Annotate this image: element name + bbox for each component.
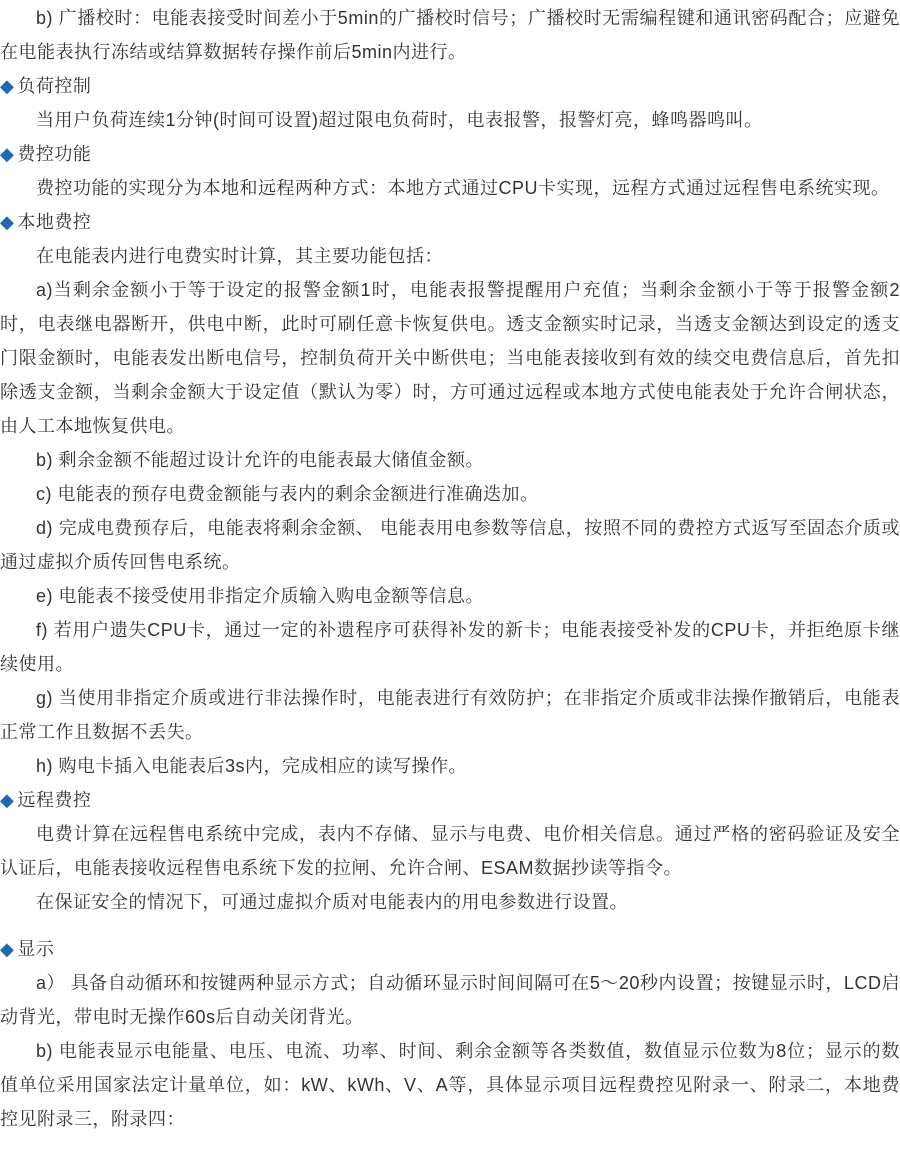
heading-label: 远程费控 <box>17 790 91 810</box>
paragraph: d) 完成电费预存后，电能表将剩余金额、 电能表用电参数等信息，按照不同的费控方… <box>0 511 900 579</box>
paragraph: a)当剩余金额小于等于设定的报警金额1时，电能表报警提醒用户充值；当剩余金额小于… <box>0 273 900 443</box>
paragraph: 电费计算在远程售电系统中完成，表内不存储、显示与电费、电价相关信息。通过严格的密… <box>0 817 900 885</box>
paragraph: b) 广播校时：电能表接受时间差小于5min的广播校时信号；广播校时无需编程键和… <box>0 1 900 69</box>
heading-label: 显示 <box>17 939 54 959</box>
paragraph: h) 购电卡插入电能表后3s内，完成相应的读写操作。 <box>0 749 900 783</box>
paragraph: e) 电能表不接受使用非指定介质输入购电金额等信息。 <box>0 579 900 613</box>
section-heading: ◆远程费控 <box>0 783 900 817</box>
section-heading: ◆本地费控 <box>0 205 900 239</box>
document-page: b) 广播校时：电能表接受时间差小于5min的广播校时信号；广播校时无需编程键和… <box>0 0 900 1151</box>
diamond-bullet-icon: ◆ <box>0 790 14 810</box>
section-heading: ◆负荷控制 <box>0 69 900 103</box>
paragraph: b) 剩余金额不能超过设计允许的电能表最大储值金额。 <box>0 443 900 477</box>
section-heading: ◆显示 <box>0 932 900 966</box>
heading-label: 负荷控制 <box>17 76 91 96</box>
paragraph: g) 当使用非指定介质或进行非法操作时，电能表进行有效防护；在非指定介质或非法操… <box>0 681 900 749</box>
paragraph: 在保证安全的情况下，可通过虚拟介质对电能表内的用电参数进行设置。 <box>0 885 900 919</box>
diamond-bullet-icon: ◆ <box>0 939 14 959</box>
heading-label: 本地费控 <box>17 212 91 232</box>
heading-label: 费控功能 <box>17 144 91 164</box>
paragraph: f) 若用户遗失CPU卡，通过一定的补遗程序可获得补发的新卡；电能表接受补发的C… <box>0 613 900 681</box>
paragraph: 在电能表内进行电费实时计算，其主要功能包括： <box>0 239 900 273</box>
paragraph: b) 电能表显示电能量、电压、电流、功率、时间、剩余金额等各类数值，数值显示位数… <box>0 1034 900 1136</box>
paragraph: a） 具备自动循环和按键两种显示方式；自动循环显示时间间隔可在5～20秒内设置；… <box>0 966 900 1034</box>
diamond-bullet-icon: ◆ <box>0 212 14 232</box>
document-body: b) 广播校时：电能表接受时间差小于5min的广播校时信号；广播校时无需编程键和… <box>0 1 900 1136</box>
diamond-bullet-icon: ◆ <box>0 76 14 96</box>
section-heading: ◆费控功能 <box>0 137 900 171</box>
paragraph: 费控功能的实现分为本地和远程两种方式：本地方式通过CPU卡实现，远程方式通过远程… <box>0 171 900 205</box>
paragraph: c) 电能表的预存电费金额能与表内的剩余金额进行准确迭加。 <box>0 477 900 511</box>
diamond-bullet-icon: ◆ <box>0 144 14 164</box>
paragraph: 当用户负荷连续1分钟(时间可设置)超过限电负荷时，电表报警，报警灯亮，蜂鸣器鸣叫… <box>0 103 900 137</box>
